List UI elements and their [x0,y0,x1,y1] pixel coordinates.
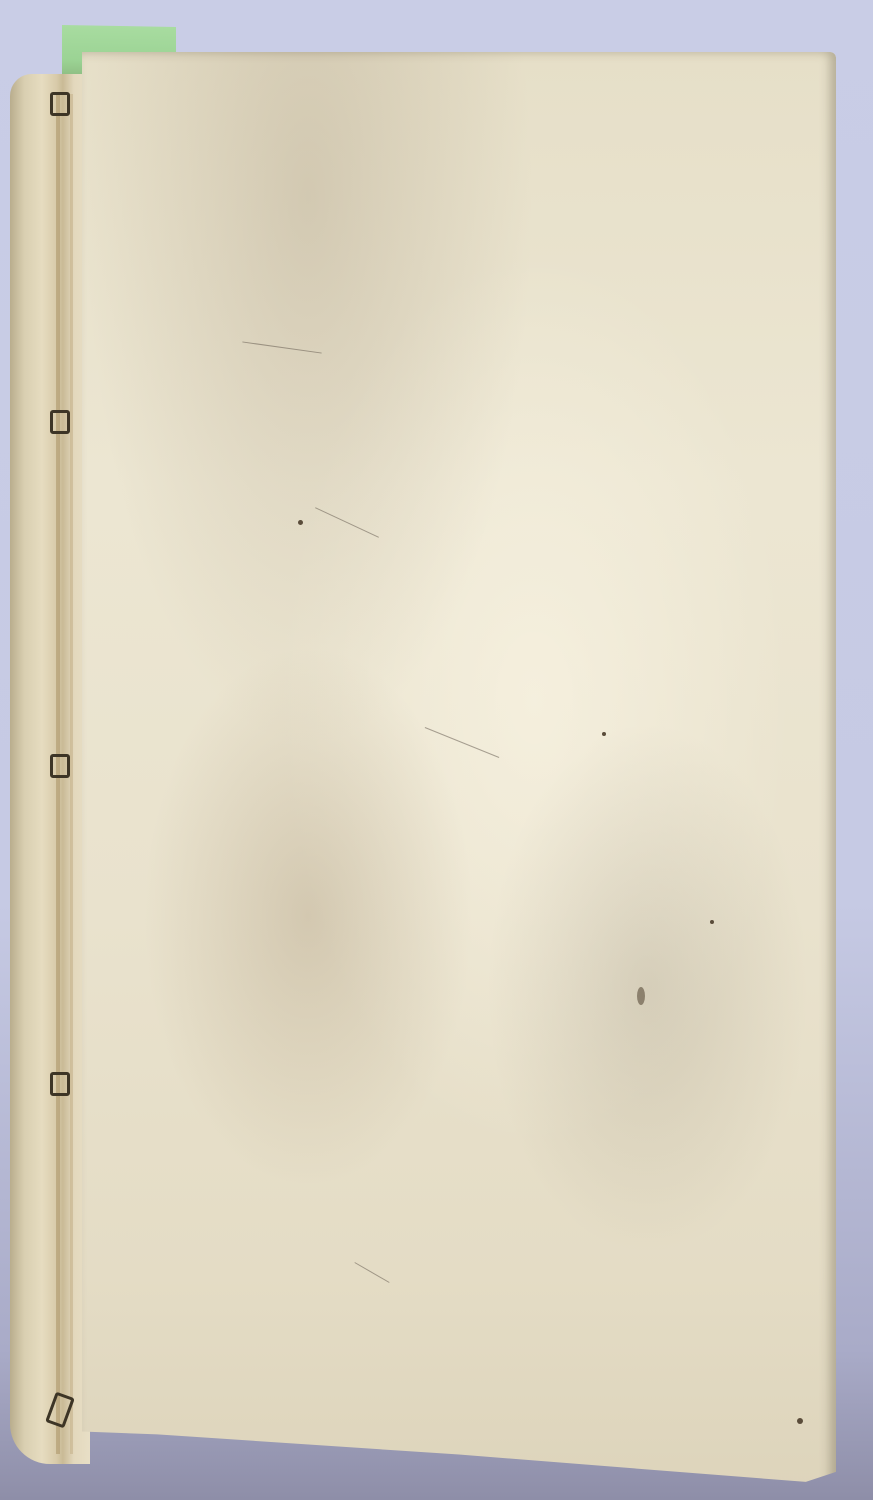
stain-spot [637,987,645,1005]
spine-groove-secondary [70,94,73,1454]
spine-tie-icon [50,1072,70,1096]
spine-tie-icon [50,92,70,116]
book-spine [10,74,90,1464]
scratch-mark [354,1262,389,1283]
stain-spot [710,920,714,924]
vellum-cover [82,52,836,1492]
scratch-mark [315,507,379,537]
scratch-mark [425,727,500,758]
spine-tie-icon [50,754,70,778]
spine-tie-icon [50,410,70,434]
stain-spot [797,1418,803,1424]
stain-spot [602,732,606,736]
stain-spot [298,520,303,525]
scratch-mark [242,341,321,353]
